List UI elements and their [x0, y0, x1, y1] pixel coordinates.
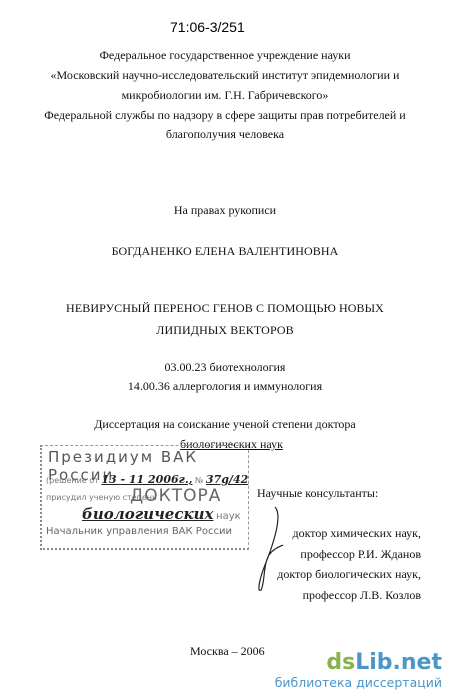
institution-line-2: «Московский научно-исследовательский инс… [0, 68, 450, 82]
stamp-decision: (решение от 13 - 11 2006г., № 37g/42 [46, 473, 248, 486]
institution-line-4: Федеральной службы по надзору в сфере за… [0, 108, 450, 122]
institution-line-3: микробиологии им. Г.Н. Габричевского» [0, 88, 450, 102]
specialty-1: 03.00.23 биотехнология [0, 360, 450, 374]
institution-line-5: благополучия человека [0, 127, 450, 141]
stamp-awarded-degree: ДОКТОРА [130, 486, 221, 506]
consultant-1-degree: доктор химических наук, [292, 526, 421, 540]
manuscript-note: На правах рукописи [0, 203, 450, 217]
thesis-title-line-2: ЛИПИДНЫХ ВЕКТОРОВ [0, 323, 450, 337]
consultants-label: Научные консультанты: [257, 486, 378, 500]
institution-line-1: Федеральное государственное учреждение н… [0, 48, 450, 62]
author-name: БОГДАНЕНКО ЕЛЕНА ВАЛЕНТИНОВНА [0, 244, 450, 258]
stamp-field: биологических наук [82, 505, 241, 523]
signature-icon [255, 505, 285, 595]
consultant-2-degree: доктор биологических наук, [277, 567, 421, 581]
specialty-2: 14.00.36 аллергология и иммунология [0, 379, 450, 393]
place-year: Москва – 2006 [190, 644, 265, 658]
degree-line-1: Диссертация на соискание ученой степени … [0, 417, 450, 431]
stamp-field-handwritten: биологических [82, 505, 213, 523]
thesis-title-line-1: НЕВИРУСНЫЙ ПЕРЕНОС ГЕНОВ С ПОМОЩЬЮ НОВЫХ [0, 301, 450, 315]
consultant-1-name: профессор Р.И. Жданов [300, 547, 421, 561]
consultant-2-name: профессор Л.В. Козлов [303, 588, 421, 602]
vak-stamp: Президиум ВАК России (решение от 13 - 11… [40, 445, 249, 550]
dslib-subtitle: библиотека диссертаций [275, 675, 442, 690]
stamp-decision-number: 37g/42 [206, 473, 248, 486]
stamp-footer: Начальник управления ВАК России [46, 526, 232, 537]
stamp-decision-date: 13 - 11 2006г., [101, 473, 192, 486]
registration-code: 71:06-3/251 [170, 19, 245, 35]
dslib-logo: dsLib.net [326, 651, 442, 675]
